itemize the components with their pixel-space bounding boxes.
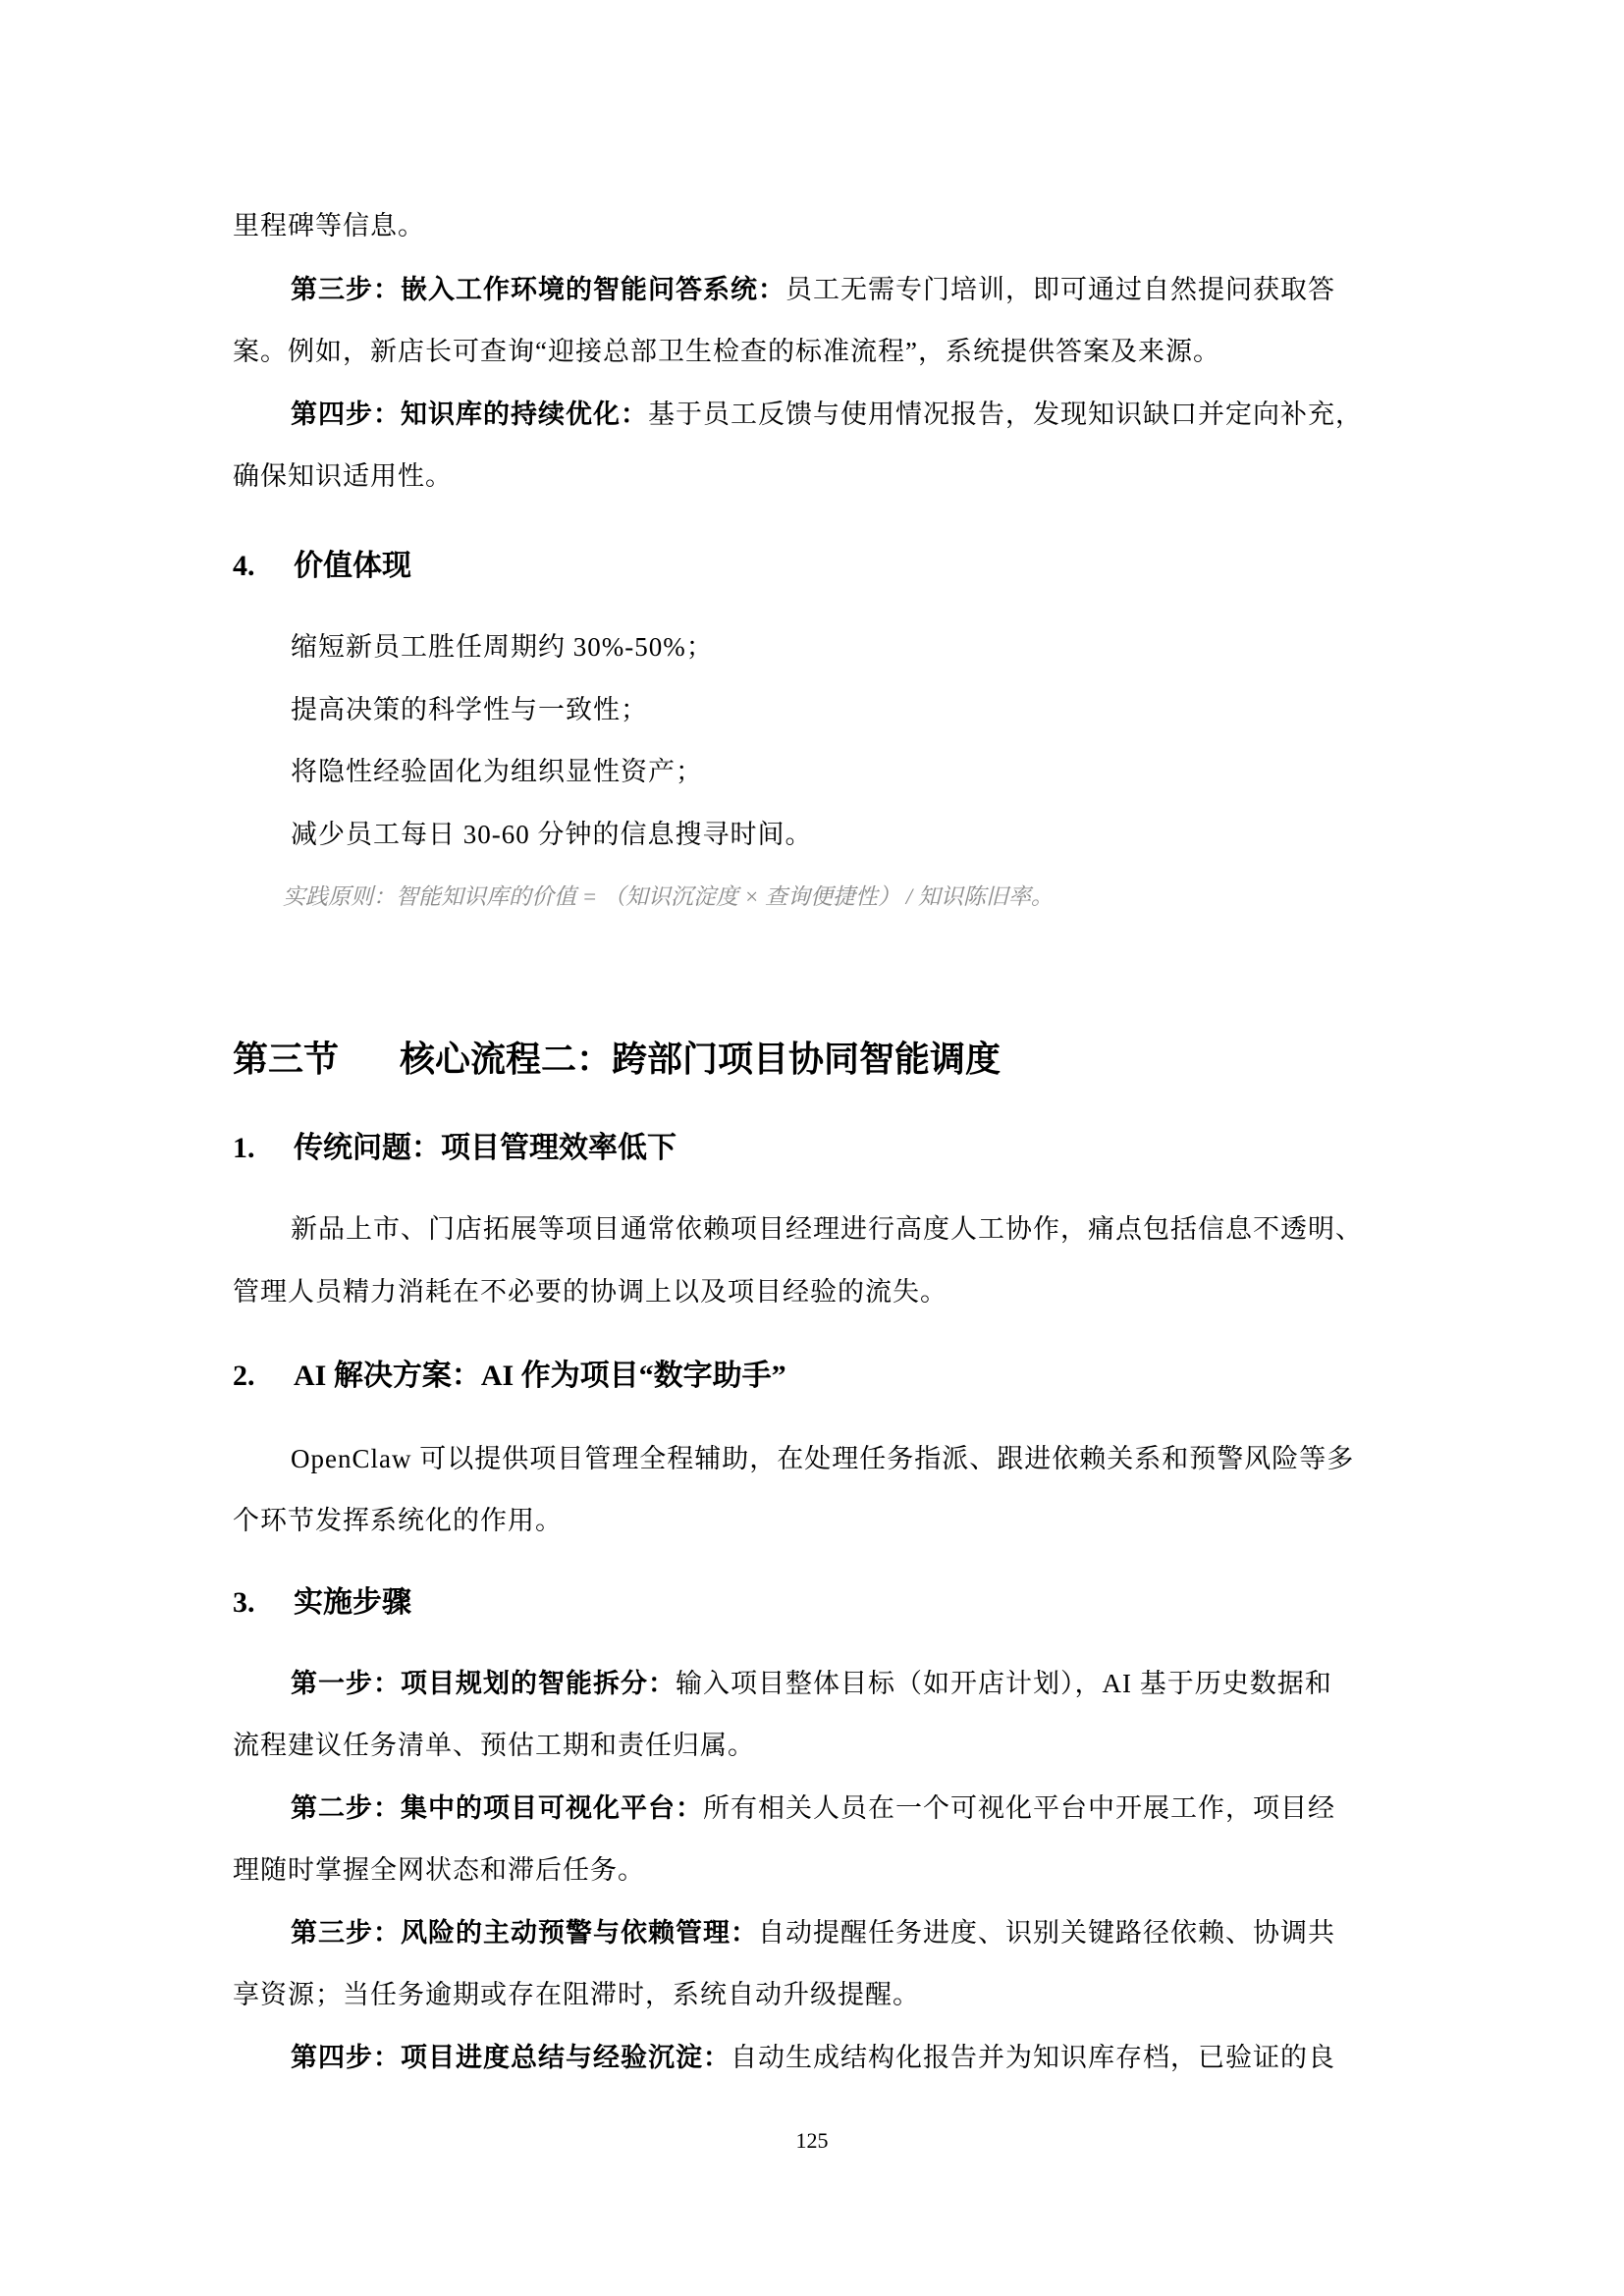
knowledge-step-3: 第三步：嵌入工作环境的智能问答系统：员工无需专门培训，即可通过自然提问获取答 — [291, 272, 1335, 307]
value-item: 缩短新员工胜任周期约 30%-50%； — [291, 629, 714, 665]
project-step-3: 第三步：风险的主动预警与依赖管理：自动提醒任务进度、识别关键路径依赖、协调共 — [291, 1915, 1335, 1950]
heading-value: 4.价值体现 — [233, 547, 411, 586]
project-step-4: 第四步：项目进度总结与经验沉淀：自动生成结构化报告并为知识库存档，已验证的良 — [291, 2040, 1335, 2075]
project-step-1: 第一步：项目规划的智能拆分：输入项目整体目标（如开店计划），AI 基于历史数据和 — [291, 1666, 1332, 1701]
section-heading: 第三节核心流程二：跨部门项目协同智能调度 — [233, 1037, 1001, 1082]
heading-number: 3. — [233, 1583, 294, 1623]
heading-title: 价值体现 — [294, 550, 411, 582]
project-step-2: 第二步：集中的项目可视化平台：所有相关人员在一个可视化平台中开展工作，项目经 — [291, 1790, 1335, 1826]
value-item: 减少员工每日 30-60 分钟的信息搜寻时间。 — [291, 817, 813, 852]
document-page: 里程碑等信息。 第三步：嵌入工作环境的智能问答系统：员工无需专门培训，即可通过自… — [0, 0, 1624, 2296]
step-label: 第三步：嵌入工作环境的智能问答系统： — [291, 275, 785, 304]
heading-number: 4. — [233, 547, 294, 586]
step-label: 第二步：集中的项目可视化平台： — [291, 1793, 703, 1823]
value-item: 提高决策的科学性与一致性； — [291, 692, 648, 727]
continuation-text: 里程碑等信息。 — [233, 208, 425, 243]
heading-title: 实施步骤 — [294, 1586, 411, 1619]
project-step-1-cont: 流程建议任务清单、预估工期和责任归属。 — [233, 1728, 755, 1763]
knowledge-step-4: 第四步：知识库的持续优化：基于员工反馈与使用情况报告，发现知识缺口并定向补充， — [291, 397, 1363, 432]
step-text: 所有相关人员在一个可视化平台中开展工作，项目经 — [703, 1793, 1335, 1823]
project-step-2-cont: 理随时掌握全网状态和滞后任务。 — [233, 1852, 645, 1888]
heading-title: 传统问题：项目管理效率低下 — [294, 1132, 677, 1164]
step-label: 第四步：知识库的持续优化： — [291, 400, 648, 429]
heading-number: 2. — [233, 1357, 294, 1396]
knowledge-step-3-cont: 案。例如，新店长可查询“迎接总部卫生检查的标准流程”，系统提供答案及来源。 — [233, 334, 1220, 369]
step-label: 第四步：项目进度总结与经验沉淀： — [291, 2043, 731, 2072]
step-text: 输入项目整体目标（如开店计划），AI 基于历史数据和 — [676, 1669, 1332, 1698]
step-label: 第三步：风险的主动预警与依赖管理： — [291, 1918, 758, 1948]
project-step-3-cont: 享资源；当任务逾期或存在阻滞时，系统自动升级提醒。 — [233, 1977, 920, 2012]
heading-implementation: 3.实施步骤 — [233, 1583, 411, 1623]
page-number: 125 — [0, 2126, 1624, 2156]
heading-traditional-problem: 1.传统问题：项目管理效率低下 — [233, 1129, 677, 1168]
paragraph: OpenClaw 可以提供项目管理全程辅助，在处理任务指派、跟进依赖关系和预警风… — [291, 1441, 1354, 1476]
heading-ai-solution: 2.AI 解决方案：AI 作为项目“数字助手” — [233, 1357, 786, 1396]
paragraph-cont: 个环节发挥系统化的作用。 — [233, 1503, 563, 1538]
heading-number: 1. — [233, 1129, 294, 1168]
paragraph: 新品上市、门店拓展等项目通常依赖项目经理进行高度人工协作，痛点包括信息不透明、 — [291, 1211, 1363, 1247]
step-text: 基于员工反馈与使用情况报告，发现知识缺口并定向补充， — [648, 400, 1363, 429]
paragraph-cont: 管理人员精力消耗在不必要的协调上以及项目经验的流失。 — [233, 1274, 947, 1309]
step-text: 自动提醒任务进度、识别关键路径依赖、协调共 — [758, 1918, 1335, 1948]
step-text: 自动生成结构化报告并为知识库存档，已验证的良 — [731, 2043, 1335, 2072]
knowledge-step-4-cont: 确保知识适用性。 — [233, 458, 453, 494]
step-label: 第一步：项目规划的智能拆分： — [291, 1669, 676, 1698]
value-item: 将隐性经验固化为组织显性资产； — [291, 754, 703, 789]
section-label: 第三节 — [233, 1040, 339, 1079]
heading-title: AI 解决方案：AI 作为项目“数字助手” — [294, 1360, 786, 1392]
practice-principle-note: 实践原则：智能知识库的价值 = （知识沉淀度 × 查询便捷性） / 知识陈旧率。 — [283, 881, 1054, 913]
step-text: 员工无需专门培训，即可通过自然提问获取答 — [785, 275, 1335, 304]
section-title: 核心流程二：跨部门项目协同智能调度 — [400, 1040, 1001, 1079]
